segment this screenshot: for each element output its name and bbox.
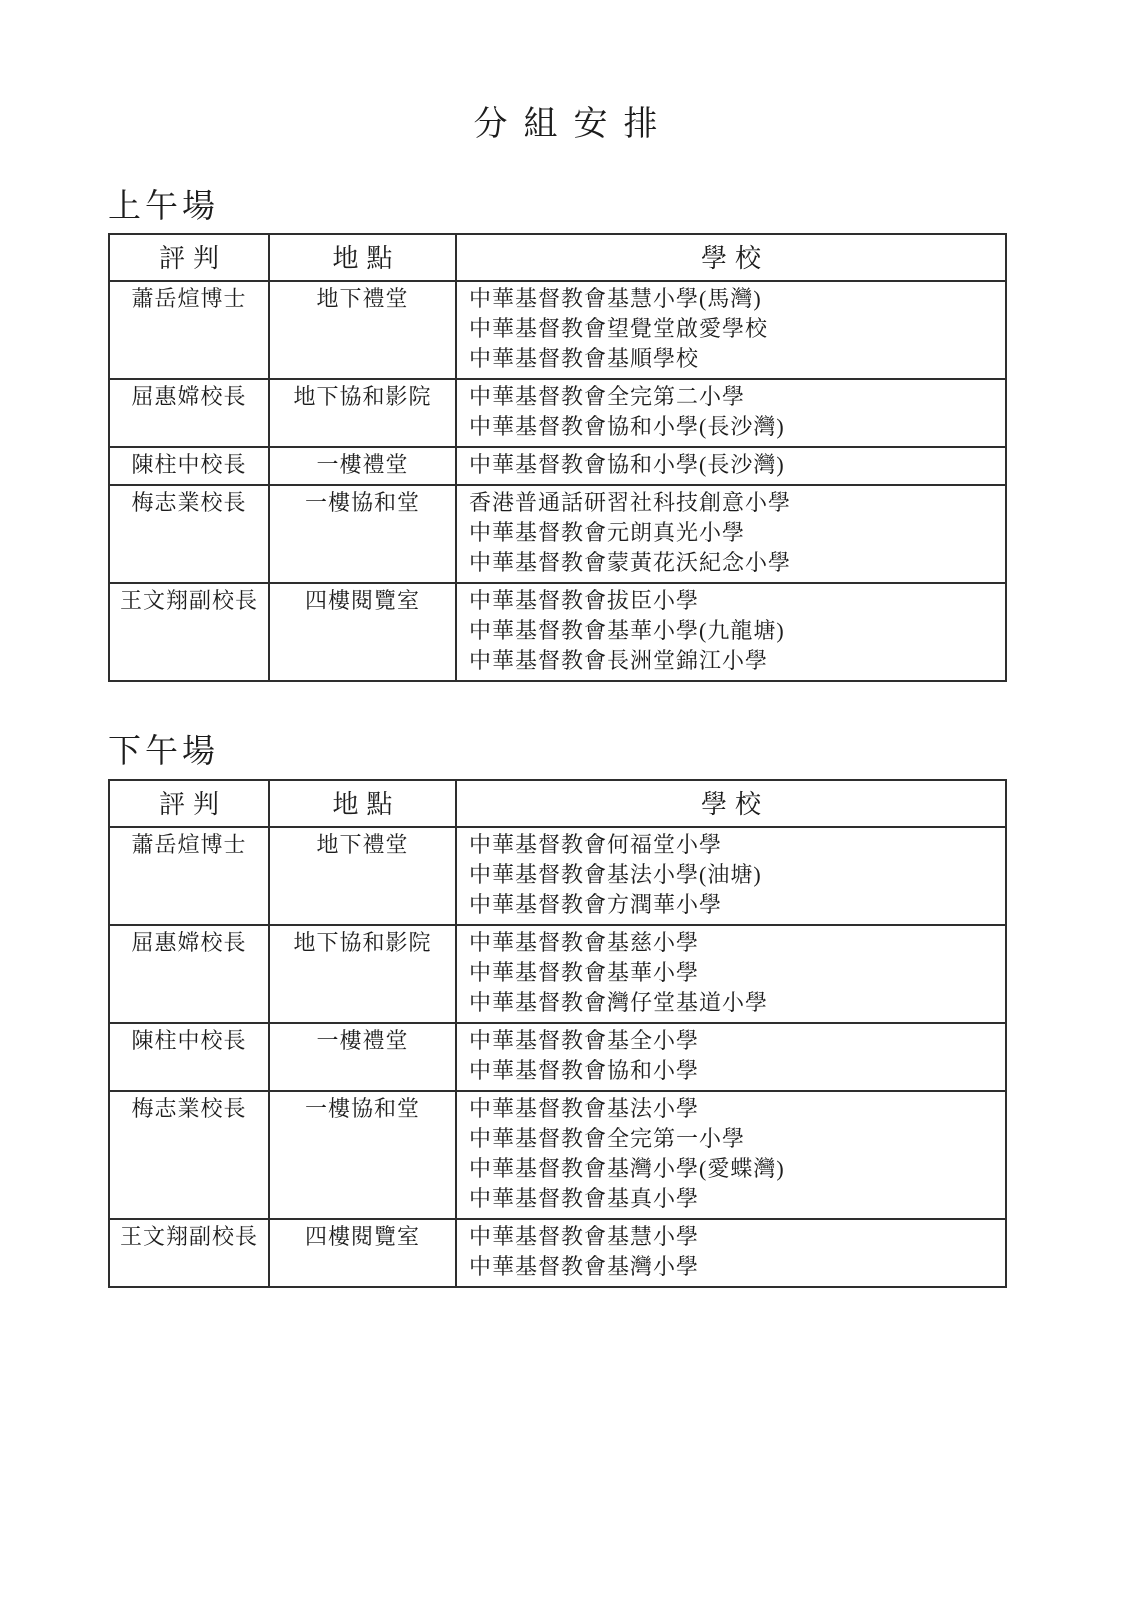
column-header-school: 學校 [456,234,1006,281]
schools-cell: 中華基督教會基慧小學(馬灣) 中華基督教會望覺堂啟愛學校 中華基督教會基順學校 [456,281,1006,379]
judge-cell: 梅志業校長 [109,485,269,583]
schools-cell: 中華基督教會基慈小學 中華基督教會基華小學 中華基督教會灣仔堂基道小學 [456,925,1006,1023]
school-name: 中華基督教會方潤華小學 [469,890,1001,920]
judge-cell: 蕭岳煊博士 [109,281,269,379]
table-header-row: 評判 地點 學校 [109,234,1006,281]
school-name: 中華基督教會長洲堂錦江小學 [469,646,1001,676]
school-name: 中華基督教會拔臣小學 [469,586,1001,616]
judge-cell: 王文翔副校長 [109,583,269,681]
school-name: 中華基督教會基順學校 [469,344,1001,374]
school-name: 中華基督教會基真小學 [469,1184,1001,1214]
schools-cell: 中華基督教會協和小學(長沙灣) [456,447,1006,485]
school-name: 香港普通話研習社科技創意小學 [469,488,1001,518]
judge-cell: 王文翔副校長 [109,1219,269,1287]
school-name: 中華基督教會基灣小學 [469,1252,1001,1282]
table-row: 梅志業校長 一樓協和堂 香港普通話研習社科技創意小學 中華基督教會元朗真光小學 … [109,485,1006,583]
location-cell: 地下協和影院 [269,925,456,1023]
table-row: 王文翔副校長 四樓閱覽室 中華基督教會拔臣小學 中華基督教會基華小學(九龍塘) … [109,583,1006,681]
school-name: 中華基督教會全完第一小學 [469,1124,1001,1154]
school-name: 中華基督教會望覺堂啟愛學校 [469,314,1001,344]
judge-cell: 陳柱中校長 [109,1023,269,1091]
table-row: 陳柱中校長 一樓禮堂 中華基督教會基全小學 中華基督教會協和小學 [109,1023,1006,1091]
schools-cell: 中華基督教會基慧小學 中華基督教會基灣小學 [456,1219,1006,1287]
table-row: 陳柱中校長 一樓禮堂 中華基督教會協和小學(長沙灣) [109,447,1006,485]
table-row: 王文翔副校長 四樓閱覽室 中華基督教會基慧小學 中華基督教會基灣小學 [109,1219,1006,1287]
school-name: 中華基督教會協和小學 [469,1056,1001,1086]
judge-cell: 梅志業校長 [109,1091,269,1219]
document-page: 分組安排 上午場 評判 地點 學校 蕭岳煊博士 地下禮堂 中華基督教會基慧小學(… [0,0,1131,1600]
school-name: 中華基督教會全完第二小學 [469,382,1001,412]
school-name: 中華基督教會何福堂小學 [469,830,1001,860]
judge-cell: 陳柱中校長 [109,447,269,485]
school-name: 中華基督教會基華小學(九龍塘) [469,616,1001,646]
morning-table: 評判 地點 學校 蕭岳煊博士 地下禮堂 中華基督教會基慧小學(馬灣) 中華基督教… [108,233,1007,682]
column-header-location: 地點 [269,780,456,827]
school-name: 中華基督教會基法小學(油塘) [469,860,1001,890]
school-name: 中華基督教會蒙黃花沃紀念小學 [469,548,1001,578]
table-row: 梅志業校長 一樓協和堂 中華基督教會基法小學 中華基督教會全完第一小學 中華基督… [109,1091,1006,1219]
location-cell: 四樓閱覽室 [269,1219,456,1287]
location-cell: 四樓閱覽室 [269,583,456,681]
table-row: 蕭岳煊博士 地下禮堂 中華基督教會基慧小學(馬灣) 中華基督教會望覺堂啟愛學校 … [109,281,1006,379]
column-header-judge: 評判 [109,234,269,281]
schools-cell: 中華基督教會基全小學 中華基督教會協和小學 [456,1023,1006,1091]
location-cell: 一樓協和堂 [269,1091,456,1219]
table-row: 屈惠嫦校長 地下協和影院 中華基督教會基慈小學 中華基督教會基華小學 中華基督教… [109,925,1006,1023]
school-name: 中華基督教會基慈小學 [469,928,1001,958]
school-name: 中華基督教會元朗真光小學 [469,518,1001,548]
session-afternoon: 下午場 評判 地點 學校 蕭岳煊博士 地下禮堂 中華基督教會何福堂小學 中華基督… [108,734,1005,1287]
column-header-judge: 評判 [109,780,269,827]
location-cell: 地下禮堂 [269,827,456,925]
table-row: 屈惠嫦校長 地下協和影院 中華基督教會全完第二小學 中華基督教會協和小學(長沙灣… [109,379,1006,447]
school-name: 中華基督教會基灣小學(愛蝶灣) [469,1154,1001,1184]
school-name: 中華基督教會協和小學(長沙灣) [469,412,1001,442]
school-name: 中華基督教會基全小學 [469,1026,1001,1056]
column-header-school: 學校 [456,780,1006,827]
schools-cell: 中華基督教會全完第二小學 中華基督教會協和小學(長沙灣) [456,379,1006,447]
location-cell: 一樓禮堂 [269,1023,456,1091]
afternoon-table: 評判 地點 學校 蕭岳煊博士 地下禮堂 中華基督教會何福堂小學 中華基督教會基法… [108,779,1007,1288]
school-name: 中華基督教會基法小學 [469,1094,1001,1124]
table-header-row: 評判 地點 學校 [109,780,1006,827]
table-row: 蕭岳煊博士 地下禮堂 中華基督教會何福堂小學 中華基督教會基法小學(油塘) 中華… [109,827,1006,925]
location-cell: 一樓協和堂 [269,485,456,583]
schools-cell: 中華基督教會拔臣小學 中華基督教會基華小學(九龍塘) 中華基督教會長洲堂錦江小學 [456,583,1006,681]
judge-cell: 屈惠嫦校長 [109,379,269,447]
location-cell: 地下協和影院 [269,379,456,447]
judge-cell: 蕭岳煊博士 [109,827,269,925]
location-cell: 地下禮堂 [269,281,456,379]
column-header-location: 地點 [269,234,456,281]
school-name: 中華基督教會基華小學 [469,958,1001,988]
session-heading-afternoon: 下午場 [108,734,1005,770]
school-name: 中華基督教會灣仔堂基道小學 [469,988,1001,1018]
session-heading-morning: 上午場 [108,189,1005,225]
schools-cell: 中華基督教會基法小學 中華基督教會全完第一小學 中華基督教會基灣小學(愛蝶灣) … [456,1091,1006,1219]
judge-cell: 屈惠嫦校長 [109,925,269,1023]
session-morning: 上午場 評判 地點 學校 蕭岳煊博士 地下禮堂 中華基督教會基慧小學(馬灣) 中… [108,189,1005,682]
school-name: 中華基督教會協和小學(長沙灣) [469,450,1001,480]
schools-cell: 香港普通話研習社科技創意小學 中華基督教會元朗真光小學 中華基督教會蒙黃花沃紀念… [456,485,1006,583]
school-name: 中華基督教會基慧小學 [469,1222,1001,1252]
schools-cell: 中華基督教會何福堂小學 中華基督教會基法小學(油塘) 中華基督教會方潤華小學 [456,827,1006,925]
location-cell: 一樓禮堂 [269,447,456,485]
page-title: 分組安排 [0,0,1131,145]
school-name: 中華基督教會基慧小學(馬灣) [469,284,1001,314]
